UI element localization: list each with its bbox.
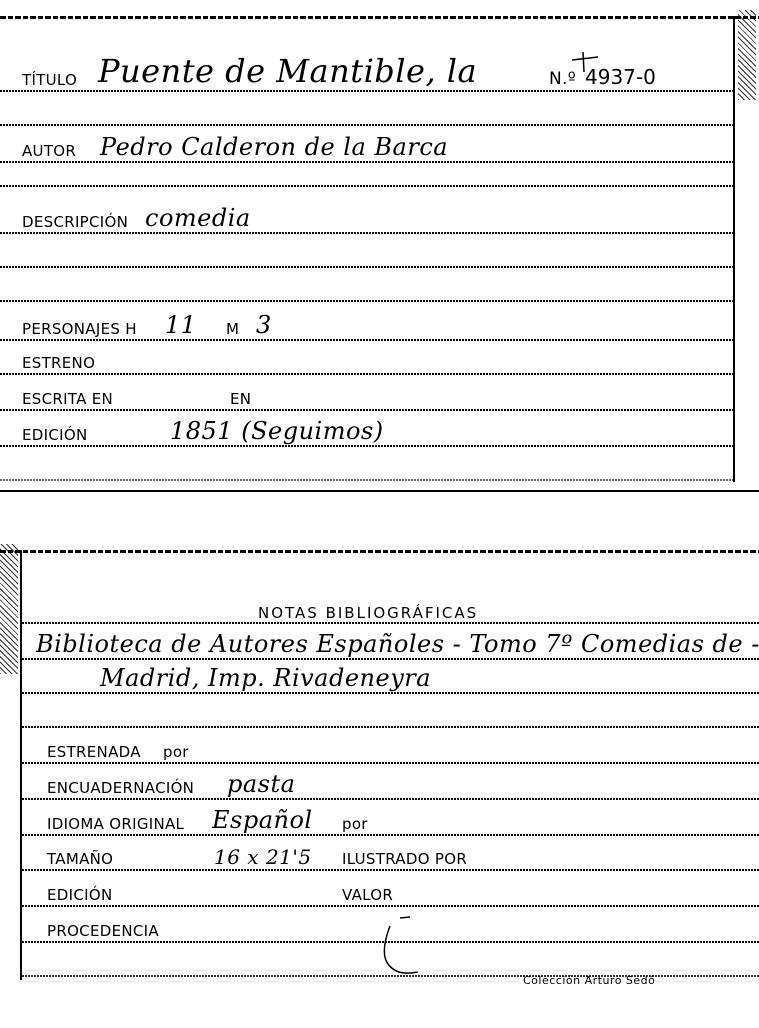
field-label: ESTRENADA [47, 743, 141, 761]
notes-text: Madrid, Imp. Rivadeneyra [100, 664, 431, 692]
field-titulo: TÍTULO Puente de Mantible, la N.º 4937-0 [0, 58, 733, 92]
blank-line [0, 234, 733, 268]
field-value-women: 3 [256, 311, 272, 339]
field-label-suffix: por [163, 743, 189, 761]
card-top-edge [0, 16, 759, 19]
field-label: EDICIÓN [47, 886, 112, 904]
field-edicion: EDICIÓN 1851 (Seguimos) [0, 413, 733, 447]
field-value-men: 11 [165, 311, 197, 339]
field-escrita-en: ESCRITA EN EN [0, 377, 733, 411]
field-estreno: ESTRENO [0, 341, 733, 375]
blank-line [22, 943, 759, 977]
field-tamano: TAMAÑO 16 x 21'5 ILUSTRADO POR [22, 837, 759, 871]
field-autor: AUTOR Pedro Calderon de la Barca [0, 129, 733, 163]
field-idioma-original: IDIOMA ORIGINAL Español por [22, 802, 759, 836]
field-label: ESCRITA EN [22, 390, 113, 408]
field-edicion-back: EDICIÓN VALOR [22, 873, 759, 907]
notes-line-1 [22, 590, 759, 624]
blank-line [0, 163, 733, 187]
field-label: AUTOR [22, 142, 76, 160]
field-value: 1851 (Seguimos) [170, 417, 384, 445]
field-personajes: PERSONAJES H 11 M 3 [0, 307, 733, 341]
field-value: Pedro Calderon de la Barca [100, 133, 448, 161]
blank-line [0, 92, 733, 126]
field-value: Puente de Mantible, la [98, 52, 477, 90]
field-value: 16 x 21'5 [214, 845, 312, 869]
catalog-card-front: TÍTULO Puente de Mantible, la N.º 4937-0… [0, 0, 759, 492]
field-label: ESTRENO [22, 354, 95, 372]
field-descripcion: DESCRIPCIÓN comedia [0, 200, 733, 234]
field-label: IDIOMA ORIGINAL [47, 815, 184, 833]
notes-text: Biblioteca de Autores Españoles - Tomo 7… [36, 630, 759, 658]
blank-line [0, 447, 733, 481]
field-label: DESCRIPCIÓN [22, 213, 128, 231]
field-estrenada: ESTRENADA por [22, 730, 759, 764]
field-label: TÍTULO [22, 71, 77, 89]
notes-line-3: Madrid, Imp. Rivadeneyra [22, 660, 759, 694]
field-label-por: por [342, 815, 368, 833]
card-top-edge [0, 550, 759, 553]
card-bottom-edge [0, 490, 759, 492]
field-label-valor: VALOR [342, 886, 393, 904]
field-label: EDICIÓN [22, 426, 87, 444]
field-value: pasta [227, 770, 295, 798]
field-label: PROCEDENCIA [47, 922, 159, 940]
blank-line [0, 268, 733, 302]
card-right-edge [733, 16, 735, 482]
catalog-number: 4937-0 [585, 65, 656, 89]
field-label-ilustrado: ILUSTRADO POR [342, 850, 467, 868]
blank-line [22, 694, 759, 728]
field-label: ENCUADERNACIÓN [47, 779, 194, 797]
field-encuadernacion: ENCUADERNACIÓN pasta [22, 766, 759, 800]
notes-line-2: Biblioteca de Autores Españoles - Tomo 7… [22, 626, 759, 660]
scan-speckle [0, 544, 18, 674]
catalog-card-back: NOTAS BIBLIOGRÁFICAS Biblioteca de Autor… [0, 540, 759, 1028]
field-value: Español [212, 806, 313, 834]
collection-footer: Colección Arturo Sedó [523, 974, 655, 987]
field-label: TAMAÑO [47, 850, 113, 868]
field-value: comedia [145, 204, 251, 232]
scan-speckle [738, 10, 756, 100]
field-label-en: EN [230, 390, 251, 408]
field-label: PERSONAJES H [22, 320, 137, 338]
field-label-women: M [226, 320, 239, 338]
